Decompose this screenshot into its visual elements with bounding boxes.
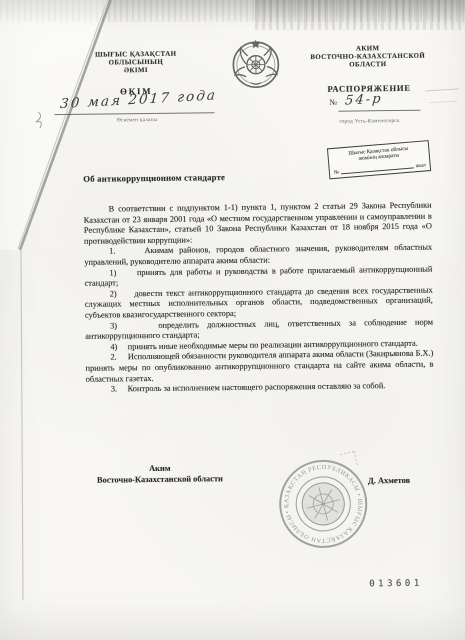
signatory-position: Аким Восточно-Казахстанской области [82,462,238,486]
issuer-name-russian: АКИМ ВОСТОЧНО-КАЗАХСТАНСКОЙ ОБЛАСТИ [300,44,436,70]
registration-stamp-date-suffix: жыл [416,162,426,169]
signatory-position-line2: Восточно-Казахстанской области [82,473,238,486]
pencil-mark [429,101,457,103]
document-title: Об антикоррупционном стандарте [83,171,343,184]
city-kazakh: Өскемен қаласы [70,116,205,124]
serial-number: 013601 [369,579,423,590]
order-number-underline [338,110,420,112]
issuer-name-kazakh: ШЫҒЫС ҚАЗАҚСТАН ОБЛЫСЫНЫҢ ӘКІМІ [82,51,190,77]
issuer-name-ru-line3: ОБЛАСТИ [300,61,436,71]
kazakhstan-emblem-icon [229,36,284,91]
body-paragraph: В соответствии с подпунктом 1-1) пункта … [84,201,432,248]
signatory-name: Д. Ахметов [368,475,430,487]
city-russian: город Усть-Каменогорск [314,118,426,125]
handwritten-order-number: 54-р [344,92,383,109]
number-label: № [329,98,337,107]
body-paragraph: 2) довести текст антикоррупционного стан… [85,285,433,321]
issuer-name-kz-line3: ӘКІМІ [82,67,190,77]
official-round-stamp: • ҚАЗАҚСТАН РЕСПУБЛИКАСЫ • ШЫҒЫС ҚАЗАҚСТ… [263,444,383,564]
body-paragraph: 2. Исполняющей обязанности руководителя … [85,349,433,385]
scanned-document-page: ШЫҒЫС ҚАЗАҚСТАН ОБЛЫСЫНЫҢ ӘКІМІ ӨКІМ 30 … [0,0,465,640]
registration-stamp-number-blank [341,168,414,175]
document-body: В соответствии с подпунктом 1-1) пункта … [84,201,434,396]
date-underline [54,112,214,115]
pencil-mark [425,88,459,91]
